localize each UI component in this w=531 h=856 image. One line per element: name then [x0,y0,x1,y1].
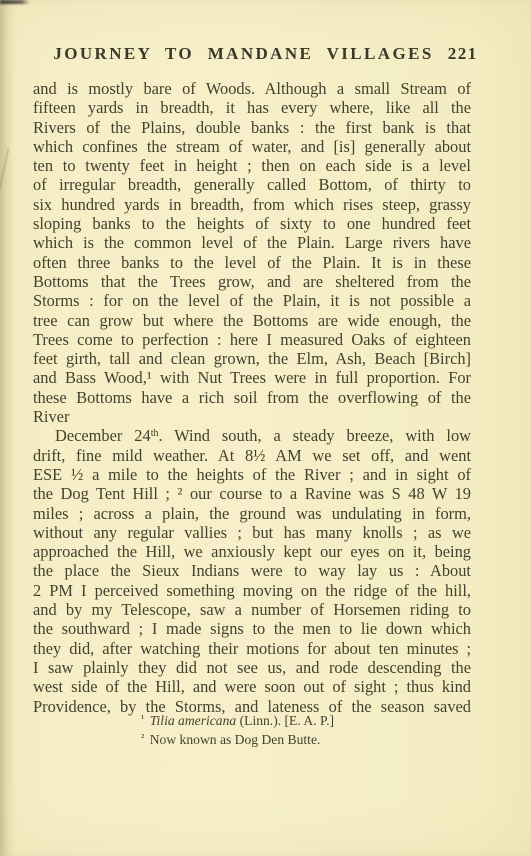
text-line: which confines the stream of water, and … [33,137,471,156]
footnote-species-name: Tilia americana [150,713,236,728]
text-line: ten to twenty feet in height ; then on e… [33,156,471,175]
footnote-text: Now known as Dog Den Butte. [150,732,321,747]
text-line: Storms : for on the level of the Plain, … [33,291,471,310]
text-line: drift, fine mild weather. At 8½ AM we se… [33,446,471,465]
running-head: JOURNEY TO MANDANE VILLAGES221 [0,44,531,64]
scan-scratch [0,148,9,189]
text-line: Trees come to perfection : here I measur… [33,330,471,349]
footnote-marker: ² [141,732,144,744]
text-line: Rivers of the Plains, double banks : the… [33,118,471,137]
text-line: they did, after watching their motions f… [33,639,471,658]
text-line: feet girth, tall and clean grown, the El… [33,349,471,368]
text-line: Bottoms that the Trees grow, and are she… [33,272,471,291]
paragraph: December 24th. Wind south, a steady bree… [33,426,471,715]
text-line: fifteen yards in breadth, it has every w… [33,98,471,117]
text-line: 2 PM I perceived something moving on the… [33,581,471,600]
text-line: the Dog Tent Hill ; ² our course to a Ra… [33,484,471,503]
text-line: miles ; across a plain, the ground was u… [33,504,471,523]
paragraph: and is mostly bare of Woods. Although a … [33,79,471,426]
book-page: JOURNEY TO MANDANE VILLAGES221 and is mo… [0,0,531,856]
text-line: and by my Telescope, saw a number of Hor… [33,600,471,619]
footnote-marker: ¹ [141,713,144,725]
footnotes: ¹ Tilia americana (Linn.). [E. A. P.] ² … [141,711,334,749]
text-line: I saw plainly they did not see us, and r… [33,658,471,677]
footnote-2: ² Now known as Dog Den Butte. [141,730,334,749]
text-line: of irregular breadth, generally called B… [33,175,471,194]
body-text: and is mostly bare of Woods. Although a … [33,79,471,716]
text-line: tree can grow but where the Bottoms are … [33,311,471,330]
text-line: sloping banks to the heights of sixty to… [33,214,471,233]
scan-smudge [0,0,30,4]
text-line: the place the Sieux Indians were to way … [33,561,471,580]
text-line: which is the common level of the Plain. … [33,233,471,252]
text-line: ESE ½ a mile to the heights of the River… [33,465,471,484]
text-line: approached the Hill, we anxiously kept o… [33,542,471,561]
text-line: six hundred yards in breadth, from which… [33,195,471,214]
text-line: west side of the Hill, and were soon out… [33,677,471,696]
text-line: River [33,407,471,426]
text-line: and is mostly bare of Woods. Although a … [33,79,471,98]
text-line: December 24th. Wind south, a steady bree… [33,426,471,445]
text-line: and Bass Wood,¹ with Nut Trees were in f… [33,368,471,387]
footnote-1: ¹ Tilia americana (Linn.). [E. A. P.] [141,711,334,730]
page-title: JOURNEY TO MANDANE VILLAGES [53,44,433,63]
page-number: 221 [448,44,478,63]
footnote-text: (Linn.). [E. A. P.] [240,713,334,728]
text-line: these Bottoms have a rich soil from the … [33,388,471,407]
text-line: the southward ; I made signs to the men … [33,619,471,638]
text-line: often three banks to the level of the Pl… [33,253,471,272]
text-line: without any regular vallies ; but has ma… [33,523,471,542]
